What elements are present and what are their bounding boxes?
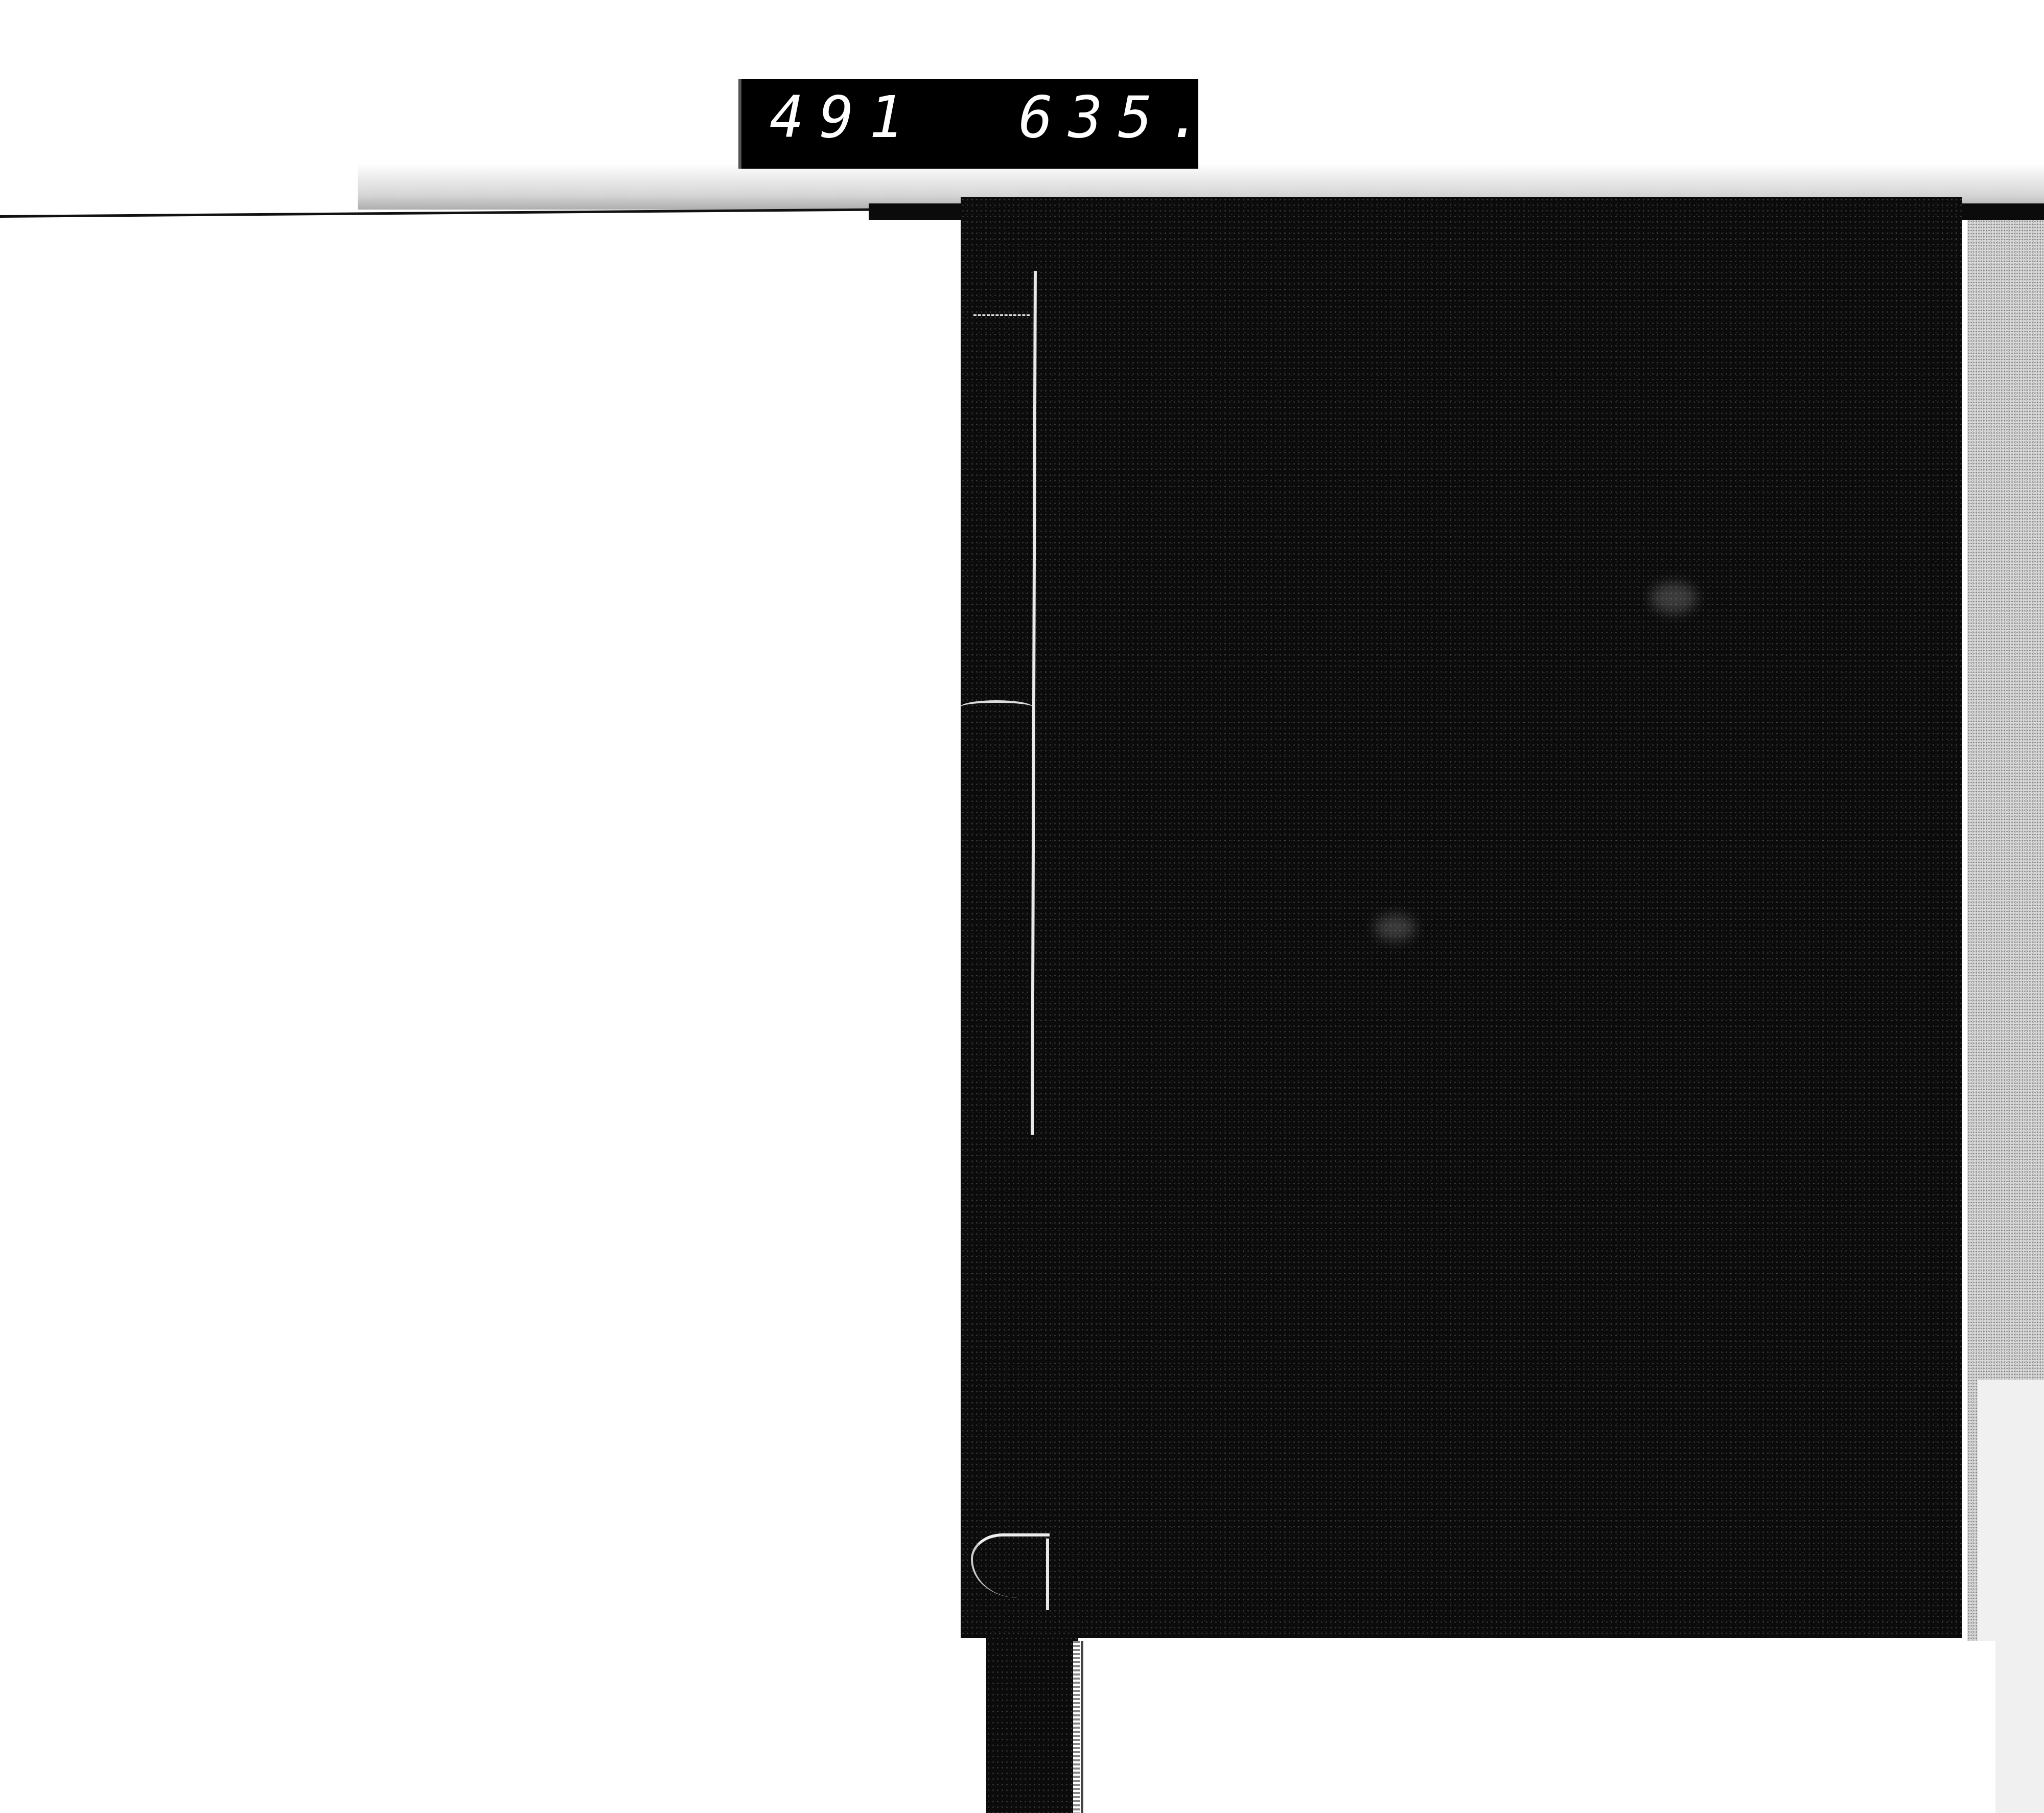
- binding-stitch-top: [973, 314, 1030, 319]
- scan-image: 491 635.: [0, 0, 2044, 1813]
- blank-left-page: [0, 219, 956, 1813]
- lower-page-edge: [1081, 1641, 1995, 1813]
- binding-stitch-middle: [961, 700, 1032, 713]
- book-cover: [961, 197, 1962, 1638]
- reel-number-label: 491 635.: [738, 79, 1198, 169]
- cover-smudge: [1651, 583, 1697, 613]
- reel-number-text: 491 635.: [741, 84, 1218, 151]
- book-spine-bottom: [986, 1636, 1078, 1813]
- cover-smudge: [1375, 915, 1415, 940]
